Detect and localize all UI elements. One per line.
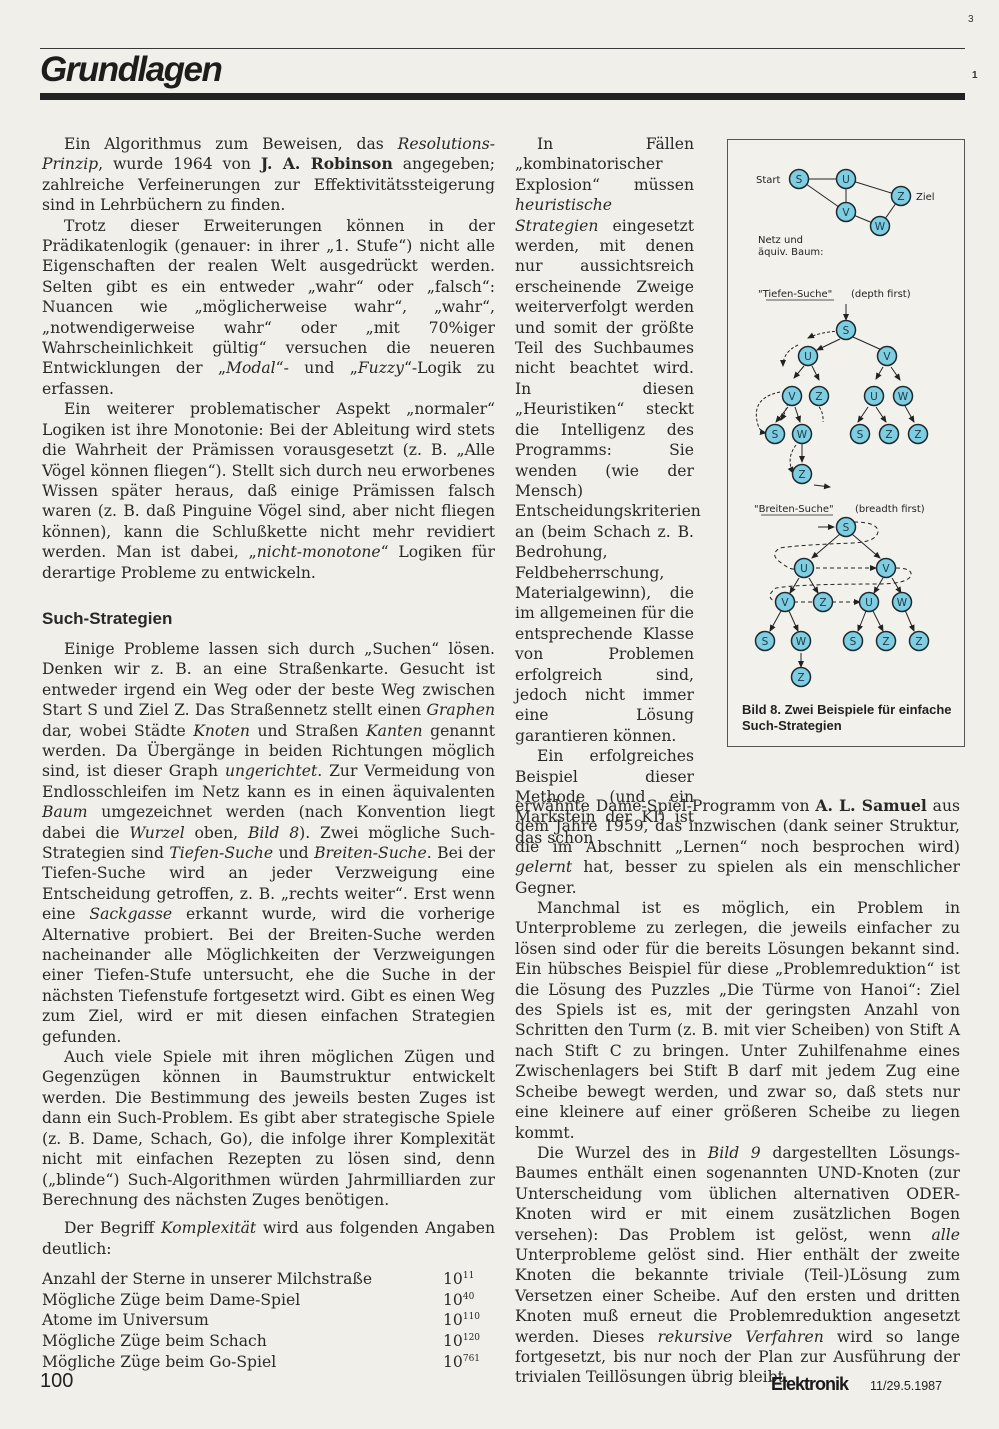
complexity-row: Mögliche Züge beim Dame-Spiel1040 — [42, 1290, 495, 1311]
complexity-table: Anzahl der Sterne in unserer Milchstraße… — [42, 1269, 495, 1372]
paragraph: Ein weiterer problematischer Aspekt „nor… — [42, 399, 495, 583]
paragraph: Der Begriff Komplexität wird aus folgend… — [42, 1218, 495, 1259]
bfs-tree-node-label: V — [882, 563, 890, 575]
dfs-tree-node-label: V — [788, 391, 796, 403]
dfs-subtitle: (depth first) — [851, 289, 911, 300]
bfs-tree-node-label: Z — [797, 672, 804, 684]
dfs-tree-node-label: Z — [914, 429, 921, 441]
bfs-tree-node-label: S — [843, 522, 850, 534]
page-number: 100 — [40, 1370, 73, 1393]
dfs-tree-node-label: S — [843, 325, 850, 337]
bfs-tree-node-label: W — [897, 597, 908, 609]
continuation-paragraphs: erwähnte Dame-Spiel-Programm von A. L. S… — [515, 796, 960, 1388]
paragraph: Die Wurzel des in Bild 9 dargestellten L… — [515, 1143, 960, 1388]
paragraph: Trotz dieser Erweiterungen können in der… — [42, 216, 495, 400]
subheading-such-strategien: Such-Strategien — [42, 609, 495, 629]
column-right-narrow: In Fällen „kombinatorischer Explosion“ m… — [515, 134, 694, 848]
dfs-tree-node-label: Z — [885, 429, 892, 441]
magazine-logo: Elektronik — [771, 1374, 848, 1395]
figure-caption: Bild 8. Zwei Beispiele für einfache Such… — [742, 702, 957, 734]
dfs-tree-node-label: U — [870, 391, 878, 403]
search-paragraphs: Einige Probleme lassen sich durch „Suche… — [42, 639, 495, 1259]
issue-date: 11/29.5.1987 — [870, 1379, 942, 1393]
dfs-tree-node-label: Z — [815, 391, 822, 403]
paragraph: erwähnte Dame-Spiel-Programm von A. L. S… — [515, 796, 960, 898]
section-title: Grundlagen — [40, 50, 221, 90]
bfs-tree-node-label: Z — [915, 636, 922, 648]
bfs-tree-node-label: Z — [819, 597, 826, 609]
paragraph: Ein Algorithmus zum Beweisen, das Resolu… — [42, 134, 495, 216]
bfs-tree-node-label: S — [850, 636, 857, 648]
node-s-label: S — [796, 174, 803, 186]
header-thick-rule — [40, 93, 965, 100]
figure-bild-8: Start Ziel SUVWZ Netz und äquiv. Baum: "… — [727, 139, 965, 747]
paragraph: Einige Probleme lassen sich durch „Suche… — [42, 639, 495, 1047]
column-left: Ein Algorithmus zum Beweisen, das Resolu… — [42, 134, 495, 1372]
complexity-row: Mögliche Züge beim Go-Spiel10761 — [42, 1352, 495, 1373]
bfs-tree-node-label: V — [781, 597, 789, 609]
dfs-tree-node-label: Z — [798, 469, 805, 481]
dfs-tree-node-label: S — [857, 429, 864, 441]
dfs-tree-node-label: V — [883, 351, 891, 363]
heuristics-paragraphs: In Fällen „kombinatorischer Explosion“ m… — [515, 134, 694, 848]
complexity-row: Anzahl der Sterne in unserer Milchstraße… — [42, 1269, 495, 1290]
node-w-label: W — [875, 221, 886, 233]
complexity-row: Atome im Universum10110 — [42, 1310, 495, 1331]
intro-paragraphs: Ein Algorithmus zum Beweisen, das Resolu… — [42, 134, 495, 583]
header-thin-rule — [40, 48, 965, 49]
dfs-tree-edges — [756, 304, 914, 487]
bfs-tree-node-label: Z — [882, 636, 889, 648]
column-right-wide: erwähnte Dame-Spiel-Programm von A. L. S… — [515, 796, 960, 1388]
paragraph: Auch viele Spiele mit ihren möglichen Zü… — [42, 1047, 495, 1210]
node-v-label: V — [842, 207, 850, 219]
bfs-title: "Breiten-Suche" — [754, 504, 834, 515]
complexity-row: Mögliche Züge beim Schach10120 — [42, 1331, 495, 1352]
search-strategies-diagram: Start Ziel SUVWZ Netz und äquiv. Baum: "… — [728, 140, 964, 700]
paragraph: Manchmal ist es möglich, ein Problem in … — [515, 898, 960, 1143]
node-z-label: Z — [897, 191, 904, 203]
goal-label: Ziel — [916, 192, 935, 203]
corner-mark-top: 3 — [968, 14, 974, 25]
start-label: Start — [756, 175, 781, 186]
dfs-tree-node-label: W — [898, 391, 909, 403]
dfs-title: "Tiefen-Suche" — [758, 289, 832, 300]
dfs-tree-node-label: S — [772, 429, 779, 441]
net-caption-line1: Netz und — [758, 235, 803, 246]
dfs-tree-node-label: U — [804, 351, 812, 363]
node-u-label: U — [842, 174, 850, 186]
bfs-tree-node-label: U — [800, 563, 808, 575]
dfs-tree-node-label: W — [797, 429, 808, 441]
bfs-tree-node-label: W — [796, 636, 807, 648]
bfs-tree-node-label: S — [762, 636, 769, 648]
bfs-tree-node-label: U — [865, 597, 873, 609]
paragraph: In Fällen „kombinatorischer Explosion“ m… — [515, 134, 694, 746]
bfs-subtitle: (breadth first) — [855, 504, 925, 515]
net-caption-line2: äquiv. Baum: — [758, 247, 824, 258]
corner-mark-right: 1 — [972, 70, 978, 81]
